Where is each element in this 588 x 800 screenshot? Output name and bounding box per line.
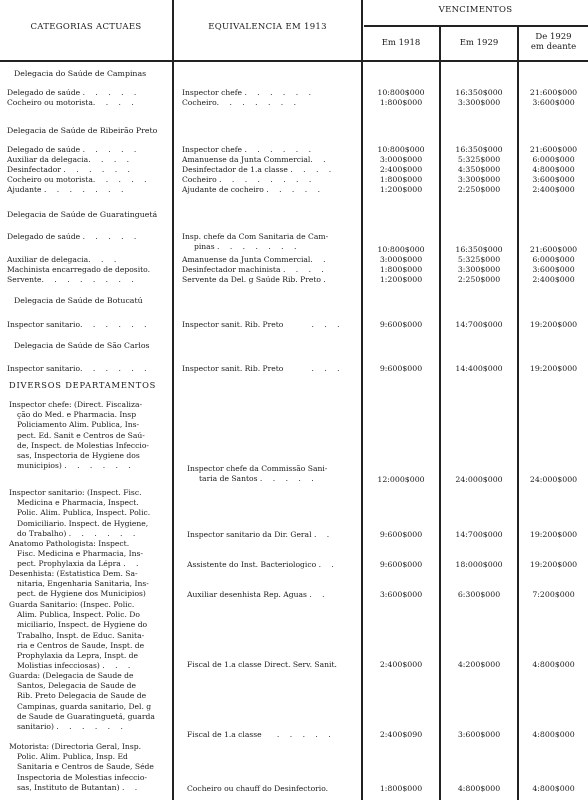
text-line: pect. Ed. Sanit e Centros de Saú- <box>9 431 169 441</box>
cell-em-1929: 14:700$000 <box>441 530 517 539</box>
cell-categoria: Inspector chefe: (Direct. Fiscaliza- ção… <box>9 400 169 471</box>
salary-table-page: CATEGORIAS ACTUAES EQUIVALENCIA EM 1913 … <box>0 0 588 800</box>
text-line: do Trabalho) . . . . . . <box>9 529 169 539</box>
cell-em-1929: 4:200$000 <box>441 660 517 669</box>
cell-em-1929: 16:350$000 <box>441 88 517 97</box>
cell-equivalencia: Inspector chefe . . . . . . <box>182 145 315 155</box>
cell-em-1929: 2:250$000 <box>441 275 517 284</box>
text-line: Campinas, guarda sanitario, Del. g <box>9 702 169 712</box>
cell-em-1929: 3:300$000 <box>441 98 517 107</box>
cell-em-1929: 5:325$000 <box>441 155 517 164</box>
cell-de-1929: 3:600$000 <box>519 175 588 184</box>
cell-categoria: Servente. . . . . . . . <box>7 275 138 285</box>
cell-equivalencia: Amanuense da Junta Commercial. . <box>182 255 330 265</box>
text-line: miciliario, Inspect. de Hygiene do <box>9 620 169 630</box>
cell-em-1929: 14:700$000 <box>441 320 517 329</box>
header-em-1918: Em 1918 <box>363 38 439 48</box>
text-line: Sanitaria e Centros de Saude, Séde <box>9 762 169 772</box>
cell-em-1918: 9:600$000 <box>363 364 439 373</box>
cell-de-1929: 4:800$000 <box>519 660 588 669</box>
cell-categoria: Guarda Sanitario: (Inspec. Polic. Alim. … <box>9 600 169 671</box>
cell-equivalencia: Inspector sanit. Rib. Preto . . . <box>182 320 344 330</box>
cell-categoria: Inspector sanitario. . . . . . <box>7 364 151 374</box>
cell-categoria: Delegado de saúde . . . . . <box>7 232 140 242</box>
cell-em-1918: 2:400$000 <box>363 165 439 174</box>
cell-equivalencia: Desinfectador de 1.a classe . . . . <box>182 165 335 175</box>
text-line: Motorista: (Directoria Geral, Insp. <box>9 742 169 752</box>
cell-em-1918: 10:800$000 <box>363 245 439 254</box>
cell-em-1929: 18:000$000 <box>441 560 517 569</box>
text-line: sanitario) . . . . . . <box>9 722 169 732</box>
cell-categoria: Anatomo Pathologista: Inspect. Fisc. Med… <box>9 539 169 570</box>
text-line: de Saude de Guaratinguetá, guarda <box>9 712 169 722</box>
cell-em-1929: 16:350$000 <box>441 145 517 154</box>
cell-equivalencia: Inspector sanitario da Dir. Geral . . <box>187 530 333 540</box>
cell-equivalencia: Desinfectador machinista . . . . <box>182 265 328 275</box>
cell-em-1918: 1:800$000 <box>363 784 439 793</box>
cell-equivalencia: Inspector sanit. Rib. Preto . . . <box>182 364 344 374</box>
text-line: ção do Med. e Pharmacia. Insp <box>9 410 169 420</box>
cell-em-1929: 3:300$000 <box>441 265 517 274</box>
column-divider-3 <box>439 26 441 800</box>
cell-em-1918: 1:200$000 <box>363 185 439 194</box>
text-line: nitaria, Engenharia Sanitaria, Ins- <box>9 579 169 589</box>
text-line: Polic. Alim. Publica, Insp. Ed <box>9 752 169 762</box>
cell-equivalencia-line2: pinas . . . . . . . <box>194 242 300 252</box>
section-guaratingueta: Delegacia de Saúde de Guaratinguetá <box>7 210 157 219</box>
cell-equivalencia: Cocheiro ou chauff do Desinfectorio. <box>187 784 328 794</box>
cell-categoria: Cocheiro ou motorista. . . . . <box>7 175 151 185</box>
cell-de-1929: 21:600$000 <box>519 88 588 97</box>
cell-categoria: Ajudante . . . . . . . <box>7 185 127 195</box>
text-line: sas, Instituto de Butantan) . . <box>9 783 169 793</box>
cell-equivalencia: Fiscal de 1.a classe . . . . . <box>187 730 335 740</box>
text-line: ria e Centros de Saude, Inspt. de <box>9 641 169 651</box>
text-line: Inspector chefe: (Direct. Fiscaliza- <box>9 400 169 410</box>
column-divider-2 <box>361 0 363 800</box>
cell-categoria: Auxiliar da delegacia. . . . <box>7 155 133 165</box>
cell-categoria: Inspector sanitario: (Inspect. Fisc. Med… <box>9 488 169 539</box>
cell-de-1929: 4:800$000 <box>519 730 588 739</box>
cell-de-1929: 21:600$000 <box>519 145 588 154</box>
cell-equivalencia: Inspector chefe . . . . . . <box>182 88 315 98</box>
cell-em-1918: 2:400$090 <box>363 730 439 739</box>
cell-categoria: Delegado de saúde . . . . . <box>7 145 140 155</box>
cell-em-1929: 3:600$000 <box>441 730 517 739</box>
header-vencimentos: VENCIMENTOS <box>363 5 588 15</box>
section-campinas: Delegacia do Saúde de Campinas <box>14 69 146 78</box>
cell-de-1929: 7:200$000 <box>519 590 588 599</box>
cell-de-1929: 21:600$000 <box>519 245 588 254</box>
cell-categoria: Inspector sanitario. . . . . . <box>7 320 151 330</box>
section-sao-carlos: Delegacia de Saúde de São Carlos <box>14 341 150 350</box>
cell-em-1918: 9:600$000 <box>363 320 439 329</box>
header-equivalencia: EQUIVALENCIA EM 1913 <box>174 22 361 32</box>
text-line: Santos, Delegacia de Saude de <box>9 681 169 691</box>
cell-em-1929: 16:350$000 <box>441 245 517 254</box>
cell-de-1929: 3:600$000 <box>519 98 588 107</box>
text-line: pect. de Hygiene dos Municipios) <box>9 589 169 599</box>
cell-equivalencia: Auxiliar desenhista Rep. Aguas . . <box>187 590 329 600</box>
section-ribeirao-preto: Delegacia de Saúde de Ribeirão Preto <box>7 126 157 135</box>
text-line: Polic. Alim. Publica, Inspect. Polic. <box>9 508 169 518</box>
cell-equivalencia: Ajudante de cocheiro . . . . . <box>182 185 324 195</box>
text-line: Alim. Publica, Inspect. Polic. Do <box>9 610 169 620</box>
cell-em-1918: 9:600$000 <box>363 530 439 539</box>
text-line: Rib. Preto Delegacia de Saude de <box>9 691 169 701</box>
cell-de-1929: 4:800$000 <box>519 784 588 793</box>
header-categorias: CATEGORIAS ACTUAES <box>0 22 172 32</box>
vencimentos-underline <box>364 25 588 27</box>
cell-em-1929: 2:250$000 <box>441 185 517 194</box>
text-line: Domiciliario. Inspect. de Hygiene, <box>9 519 169 529</box>
cell-em-1918: 10:800$000 <box>363 145 439 154</box>
cell-de-1929: 6:000$000 <box>519 155 588 164</box>
text-line: de, Inspect. de Molestias Infeccio- <box>9 441 169 451</box>
cell-de-1929: 19:200$000 <box>519 530 588 539</box>
cell-categoria: Delegado de saúde . . . . . <box>7 88 140 98</box>
cell-em-1918: 3:000$000 <box>363 255 439 264</box>
text-line: Fisc. Medicina e Pharmacia, Ins- <box>9 549 169 559</box>
text-line: Guarda Sanitario: (Inspec. Polic. <box>9 600 169 610</box>
cell-de-1929: 19:200$000 <box>519 560 588 569</box>
cell-de-1929: 19:200$000 <box>519 364 588 373</box>
text-line: Inspectoria de Molestias infeccio- <box>9 773 169 783</box>
column-divider-4 <box>517 26 519 800</box>
text-line: municipios) . . . . . . <box>9 461 169 471</box>
header-em-1929: Em 1929 <box>441 38 517 48</box>
cell-equivalencia: Cocheiro. . . . . . . <box>182 98 300 108</box>
cell-em-1918: 2:400$000 <box>363 660 439 669</box>
cell-equivalencia: Fiscal de 1.a classe Direct. Serv. Sanit… <box>187 660 337 670</box>
cell-em-1929: 14:400$000 <box>441 364 517 373</box>
text-line: sas, Inspectoria de Hygiene dos <box>9 451 169 461</box>
cell-em-1918: 3:600$000 <box>363 590 439 599</box>
cell-de-1929: 3:600$000 <box>519 265 588 274</box>
cell-de-1929: 19:200$000 <box>519 320 588 329</box>
cell-equivalencia: Servente da Del. g Saúde Rib. Preto . <box>182 275 326 285</box>
text-line: Anatomo Pathologista: Inspect. <box>9 539 169 549</box>
text-line: Policiamento Alim. Publica, Ins- <box>9 420 169 430</box>
cell-categoria: Auxiliar de delegacia. . . <box>7 255 120 265</box>
cell-em-1929: 24:000$000 <box>441 475 517 484</box>
cell-equivalencia: Amanuense da Junta Commercial. . <box>182 155 330 165</box>
cell-equivalencia: Assistente do Inst. Bacteriologico . . <box>187 560 338 570</box>
cell-em-1918: 9:600$000 <box>363 560 439 569</box>
cell-categoria: Motorista: (Directoria Geral, Insp. Poli… <box>9 742 169 793</box>
cell-em-1918: 1:800$000 <box>363 98 439 107</box>
cell-em-1929: 6:300$000 <box>441 590 517 599</box>
cell-de-1929: 24:000$000 <box>519 475 588 484</box>
cell-de-1929: 4:800$000 <box>519 165 588 174</box>
section-botucatu: Delegacia de Saúde de Botucatú <box>14 296 143 305</box>
cell-em-1929: 5:325$000 <box>441 255 517 264</box>
header-de-1929-line2: em deante <box>519 42 588 52</box>
header-bottom-rule <box>0 60 588 62</box>
text-line: Molistias infecciosas) . . . <box>9 661 169 671</box>
text-line: Desenhista: (Estatistica Dem. Sa- <box>9 569 169 579</box>
cell-equivalencia-line2: taria de Santos . . . . . <box>199 474 318 484</box>
section-diversos-departamentos: DIVERSOS DEPARTAMENTOS <box>9 380 156 390</box>
cell-categoria: Guarda: (Delegacia de Saude de Santos, D… <box>9 671 169 732</box>
cell-em-1918: 3:000$000 <box>363 155 439 164</box>
cell-em-1929: 4:800$000 <box>441 784 517 793</box>
cell-de-1929: 2:400$000 <box>519 185 588 194</box>
cell-categoria: Machinista encarregado de deposito. <box>7 265 150 275</box>
cell-em-1918: 1:800$000 <box>363 265 439 274</box>
text-line: Guarda: (Delegacia de Saude de <box>9 671 169 681</box>
cell-em-1918: 10:800$000 <box>363 88 439 97</box>
text-line: Medicina e Pharmacia, Inspect. <box>9 498 169 508</box>
cell-de-1929: 6:000$000 <box>519 255 588 264</box>
cell-de-1929: 2:400$000 <box>519 275 588 284</box>
text-line: Prophylaxia da Lepra, Inspt. de <box>9 651 169 661</box>
header-de-1929-line1: De 1929 <box>519 32 588 42</box>
text-line: Trabalho, Inspt. de Educ. Sanita- <box>9 631 169 641</box>
cell-equivalencia-line1: Inspector chefe da Commissão Sani- <box>187 464 327 474</box>
cell-categoria: Cocheiro ou motorista. . . . <box>7 98 138 108</box>
cell-em-1918: 1:200$000 <box>363 275 439 284</box>
cell-categoria: Desenhista: (Estatistica Dem. Sa- nitari… <box>9 569 169 600</box>
cell-categoria: Desinfectador . . . . . . <box>7 165 134 175</box>
cell-em-1918: 12:000$000 <box>363 475 439 484</box>
column-divider-1 <box>172 0 174 800</box>
cell-em-1918: 1:800$000 <box>363 175 439 184</box>
cell-equivalencia-line1: Insp. chefe da Com Sanitaria de Cam- <box>182 232 328 242</box>
text-line: Inspector sanitario: (Inspect. Fisc. <box>9 488 169 498</box>
cell-em-1929: 4:350$000 <box>441 165 517 174</box>
header-de-1929: De 1929 em deante <box>519 32 588 52</box>
cell-em-1929: 3:300$000 <box>441 175 517 184</box>
cell-equivalencia: Cocheiro . . . . . . . . <box>182 175 315 185</box>
